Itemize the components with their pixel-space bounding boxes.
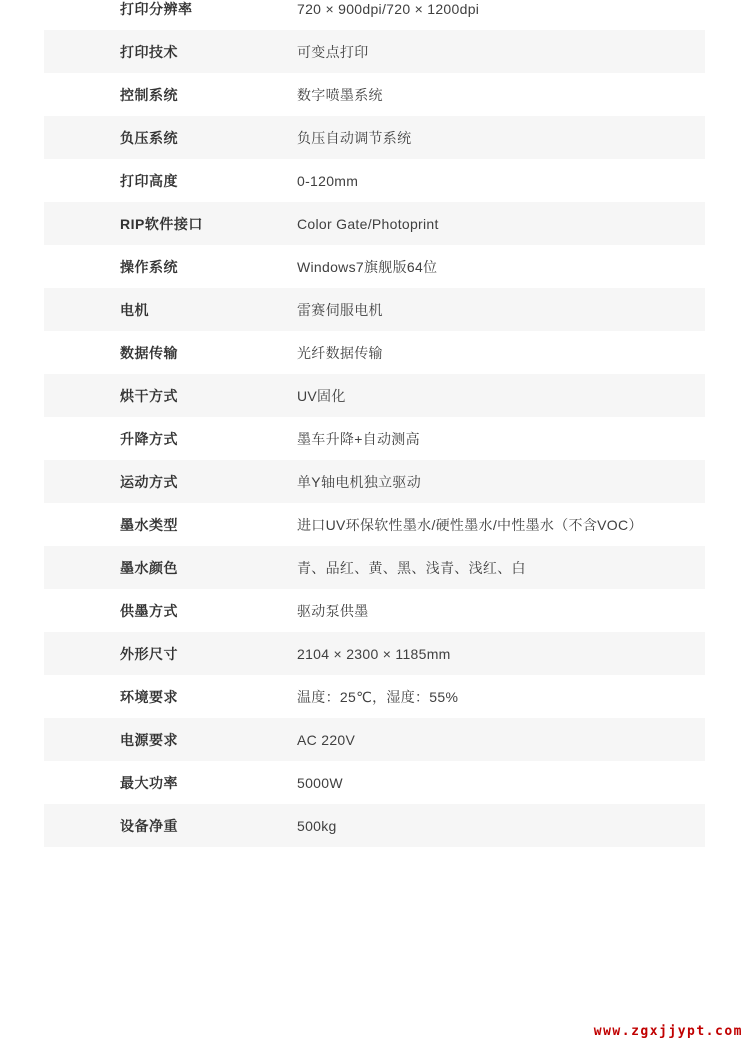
spec-value: 进口UV环保软性墨水/硬性墨水/中性墨水（不含VOC） [297, 515, 643, 535]
spec-value: 720 × 900dpi/720 × 1200dpi [297, 1, 479, 17]
table-row: RIP软件接口 Color Gate/Photoprint [44, 202, 705, 245]
spec-value: Color Gate/Photoprint [297, 216, 439, 232]
spec-label: 墨水颜色 [120, 558, 297, 578]
table-row: 墨水颜色 青、品红、黄、黑、浅青、浅红、白 [44, 546, 705, 589]
spec-label: 运动方式 [120, 472, 297, 492]
table-row: 操作系统 Windows7旗舰版64位 [44, 245, 705, 288]
spec-value: Windows7旗舰版64位 [297, 257, 437, 277]
table-row: 墨水类型 进口UV环保软性墨水/硬性墨水/中性墨水（不含VOC） [44, 503, 705, 546]
spec-label: 电机 [120, 300, 297, 320]
spec-label: 设备净重 [120, 816, 297, 836]
spec-value: 负压自动调节系统 [297, 128, 411, 148]
spec-value: 温度：25℃，湿度：55% [297, 687, 458, 707]
spec-value: 单Y轴电机独立驱动 [297, 472, 421, 492]
spec-value: 可变点打印 [297, 42, 369, 62]
spec-label: 外形尺寸 [120, 644, 297, 664]
site-watermark: www.zgxjjypt.com [594, 1024, 743, 1039]
spec-value: 500kg [297, 818, 337, 834]
spec-value: 光纤数据传输 [297, 343, 383, 363]
table-row: 运动方式 单Y轴电机独立驱动 [44, 460, 705, 503]
spec-label: 打印技术 [120, 42, 297, 62]
spec-label: RIP软件接口 [120, 214, 297, 234]
table-row: 负压系统 负压自动调节系统 [44, 116, 705, 159]
table-row: 最大功率 5000W [44, 761, 705, 804]
table-row: 外形尺寸 2104 × 2300 × 1185mm [44, 632, 705, 675]
spec-label: 供墨方式 [120, 601, 297, 621]
table-row: 升降方式 墨车升降+自动测高 [44, 417, 705, 460]
spec-value: 雷赛伺服电机 [297, 300, 383, 320]
spec-label: 电源要求 [120, 730, 297, 750]
table-row: 烘干方式 UV固化 [44, 374, 705, 417]
spec-label: 环境要求 [120, 687, 297, 707]
spec-label: 最大功率 [120, 773, 297, 793]
spec-value: AC 220V [297, 732, 355, 748]
spec-label: 墨水类型 [120, 515, 297, 535]
spec-value: 0-120mm [297, 173, 358, 189]
table-row: 设备净重 500kg [44, 804, 705, 847]
table-row: 打印技术 可变点打印 [44, 30, 705, 73]
table-row: 数据传输 光纤数据传输 [44, 331, 705, 374]
table-row: 打印分辨率 720 × 900dpi/720 × 1200dpi [44, 0, 705, 30]
table-row: 打印高度 0-120mm [44, 159, 705, 202]
spec-label: 升降方式 [120, 429, 297, 449]
spec-label: 数据传输 [120, 343, 297, 363]
spec-value: 墨车升降+自动测高 [297, 429, 420, 449]
table-row: 环境要求 温度：25℃，湿度：55% [44, 675, 705, 718]
spec-label: 打印分辨率 [120, 0, 297, 19]
spec-table: 打印分辨率 720 × 900dpi/720 × 1200dpi 打印技术 可变… [44, 0, 705, 847]
spec-value: 数字喷墨系统 [297, 85, 383, 105]
spec-label: 控制系统 [120, 85, 297, 105]
spec-label: 烘干方式 [120, 386, 297, 406]
spec-value: 2104 × 2300 × 1185mm [297, 646, 451, 662]
spec-label: 操作系统 [120, 257, 297, 277]
table-row: 供墨方式 驱动泵供墨 [44, 589, 705, 632]
spec-label: 负压系统 [120, 128, 297, 148]
spec-label: 打印高度 [120, 171, 297, 191]
table-row: 控制系统 数字喷墨系统 [44, 73, 705, 116]
spec-value: 驱动泵供墨 [297, 601, 369, 621]
spec-value: UV固化 [297, 386, 346, 406]
table-row: 电机 雷赛伺服电机 [44, 288, 705, 331]
spec-value: 5000W [297, 775, 343, 791]
spec-value: 青、品红、黄、黑、浅青、浅红、白 [297, 558, 526, 578]
table-row: 电源要求 AC 220V [44, 718, 705, 761]
